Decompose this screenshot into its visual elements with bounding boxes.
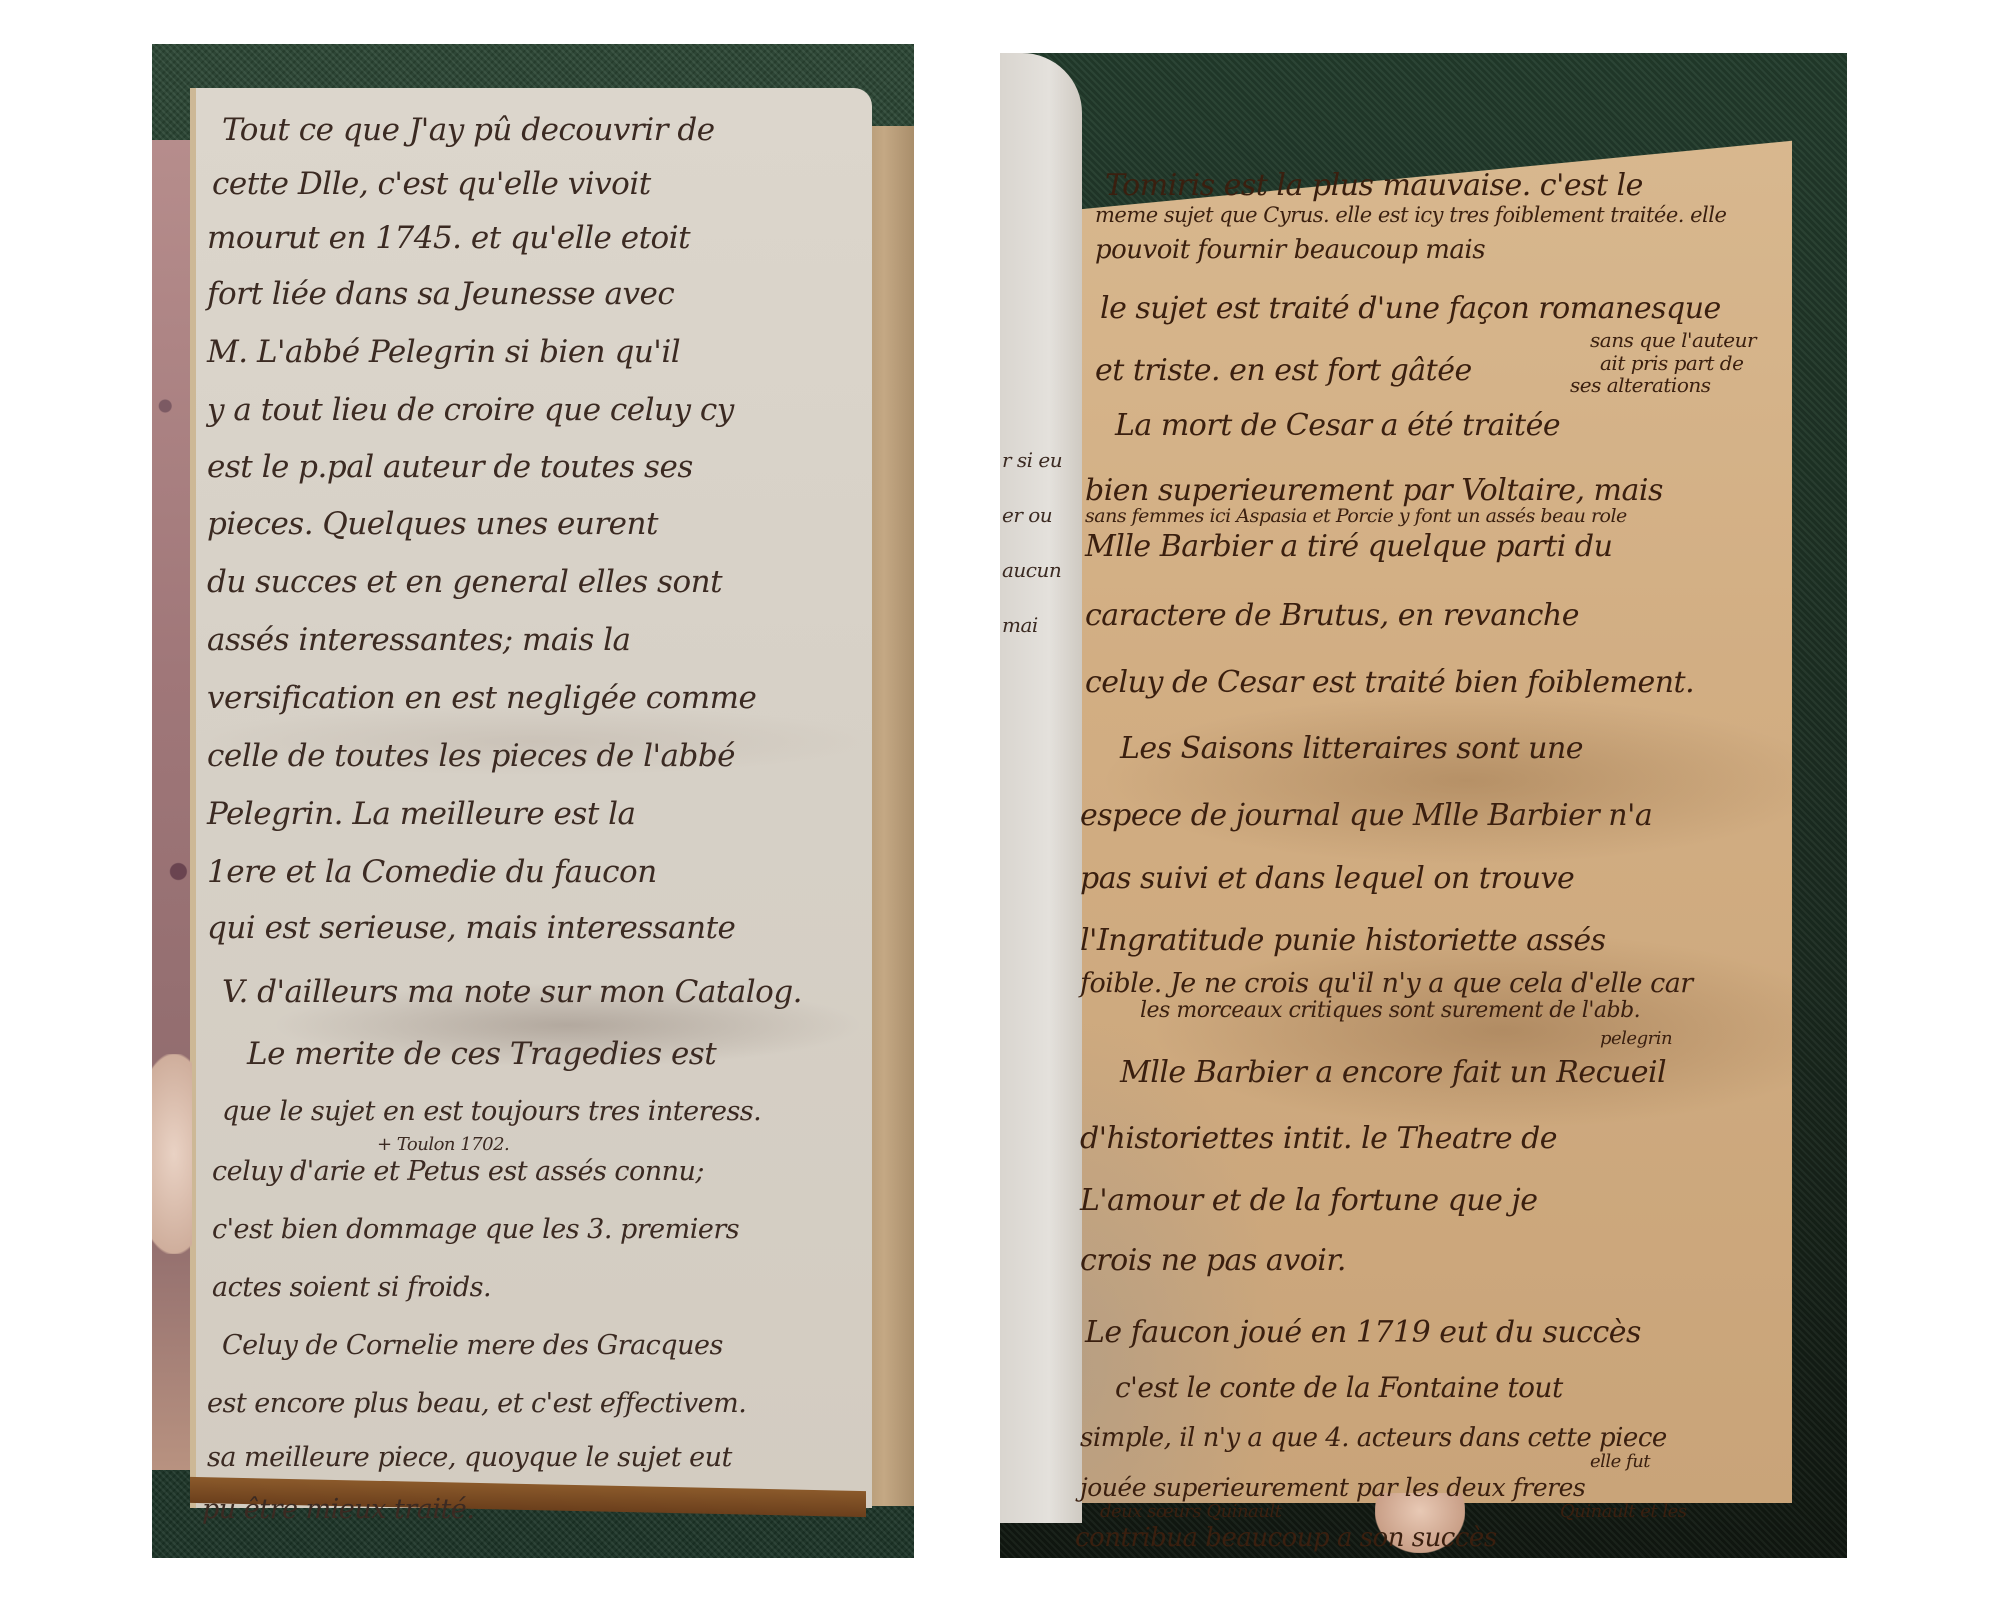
left-line-3: mourut en 1745. et qu'elle etoit bbox=[207, 220, 690, 256]
left-line-9: du succes et en general elles sont bbox=[207, 564, 722, 600]
margin-note-2: er ou bbox=[1002, 503, 1052, 527]
left-line-1: Tout ce que J'ay pû decouvrir de bbox=[222, 112, 715, 148]
margin-note-1: r si eu bbox=[1002, 448, 1062, 472]
right-line-4: le sujet est traité d'une façon romanesq… bbox=[1100, 291, 1721, 326]
right-line-3: pouvoit fournir beaucoup mais bbox=[1095, 235, 1485, 265]
right-line-9: Mlle Barbier a tiré quelque parti du bbox=[1085, 529, 1612, 564]
right-line-23: c'est le conte de la Fontaine tout bbox=[1115, 1371, 1563, 1404]
left-line-22: Celuy de Cornelie mere des Gracques bbox=[222, 1330, 723, 1361]
right-page-photo: r si eu er ou aucun mai Tomiris est la p… bbox=[1000, 53, 1847, 1558]
left-line-15: qui est serieuse, mais interessante bbox=[207, 910, 735, 946]
right-line-16: foible. Je ne crois qu'il n'y a que cela… bbox=[1080, 968, 1693, 999]
left-line-16: V. d'ailleurs ma note sur mon Catalog. bbox=[222, 974, 802, 1010]
left-line-21: actes soient si froids. bbox=[212, 1272, 491, 1303]
right-line-17: les morceaux critiques sont surement de … bbox=[1140, 998, 1640, 1023]
left-line-18: que le sujet en est toujours tres intere… bbox=[222, 1096, 761, 1127]
right-line-1: Tomiris est la plus mauvaise. c'est le bbox=[1105, 168, 1643, 203]
left-line-19: celuy d'arie et Petus est assés connu; bbox=[212, 1156, 704, 1187]
left-line-11: versification en est negligée comme bbox=[207, 680, 756, 716]
right-line-22: Le faucon joué en 1719 eut du succès bbox=[1085, 1315, 1641, 1350]
right-line-6: La mort de Cesar a été traitée bbox=[1115, 408, 1560, 443]
left-line-14: 1ere et la Comedie du faucon bbox=[207, 854, 657, 890]
left-line-4: fort liée dans sa Jeunesse avec bbox=[207, 276, 674, 312]
right-insert-2: ait pris part de bbox=[1600, 351, 1743, 375]
left-line-5: M. L'abbé Pelegrin si bien qu'il bbox=[207, 334, 680, 370]
right-line-7: bien superieurement par Voltaire, mais bbox=[1085, 473, 1663, 508]
right-insert-1: sans que l'auteur bbox=[1590, 328, 1756, 352]
margin-note-3: aucun bbox=[1002, 558, 1061, 582]
left-line-17: Le merite de ces Tragedies est bbox=[247, 1036, 716, 1072]
margin-note-4: mai bbox=[1002, 613, 1038, 637]
curled-facing-page bbox=[1000, 53, 1082, 1523]
right-line-8: sans femmes ici Aspasia et Porcie y font… bbox=[1085, 505, 1627, 527]
right-note-pelegrin: pelegrin bbox=[1600, 1028, 1672, 1049]
left-line-20: c'est bien dommage que les 3. premiers bbox=[212, 1214, 739, 1245]
right-line-13: espece de journal que Mlle Barbier n'a bbox=[1080, 798, 1652, 833]
left-line-6: y a tout lieu de croire que celuy cy bbox=[207, 392, 734, 428]
left-line-25: pu être mieux traité. bbox=[202, 1494, 474, 1525]
right-line-26: Quinault et les bbox=[1560, 1501, 1687, 1522]
left-line-23: est encore plus beau, et c'est effective… bbox=[207, 1388, 746, 1419]
right-line-5: et triste. en est fort gâtée bbox=[1095, 353, 1472, 388]
right-line-28: contribua beaucoup a son succès bbox=[1075, 1523, 1497, 1553]
right-insert-elle-fut: elle fut bbox=[1590, 1451, 1650, 1472]
left-line-2: cette Dlle, c'est qu'elle vivoit bbox=[212, 166, 651, 202]
left-line-13: Pelegrin. La meilleure est la bbox=[207, 796, 636, 832]
left-line-10: assés interessantes; mais la bbox=[207, 622, 630, 658]
right-line-12: Les Saisons litteraires sont une bbox=[1120, 731, 1583, 766]
right-line-24: simple, il n'y a que 4. acteurs dans cet… bbox=[1080, 1423, 1667, 1453]
right-line-20: L'amour et de la fortune que je bbox=[1080, 1183, 1537, 1218]
left-page-photo: Tout ce que J'ay pû decouvrir de cette D… bbox=[152, 44, 914, 1558]
right-line-15: l'Ingratitude punie historiette assés bbox=[1080, 923, 1606, 958]
right-line-14: pas suivi et dans lequel on trouve bbox=[1080, 861, 1574, 896]
left-line-7: est le p.pal auteur de toutes ses bbox=[207, 449, 693, 485]
right-line-25: jouée superieurement par les deux freres bbox=[1080, 1473, 1585, 1502]
right-line-21: crois ne pas avoir. bbox=[1080, 1243, 1346, 1278]
left-line-24: sa meilleure piece, quoyque le sujet eut bbox=[207, 1442, 732, 1473]
left-note-toulon: + Toulon 1702. bbox=[377, 1134, 509, 1155]
left-line-12: celle de toutes les pieces de l'abbé bbox=[207, 738, 735, 774]
right-line-27: deux sœurs Quinault bbox=[1100, 1501, 1281, 1522]
right-line-11: celuy de Cesar est traité bien foiblemen… bbox=[1085, 665, 1694, 700]
right-line-10: caractere de Brutus, en revanche bbox=[1085, 598, 1579, 633]
right-line-18: Mlle Barbier a encore fait un Recueil bbox=[1120, 1055, 1666, 1090]
left-line-8: pieces. Quelques unes eurent bbox=[207, 506, 658, 542]
right-insert-3: ses alterations bbox=[1570, 373, 1711, 397]
right-line-19: d'historiettes intit. le Theatre de bbox=[1080, 1121, 1557, 1156]
thumb bbox=[152, 1054, 192, 1254]
right-line-2: meme sujet que Cyrus. elle est icy tres … bbox=[1095, 203, 1726, 227]
